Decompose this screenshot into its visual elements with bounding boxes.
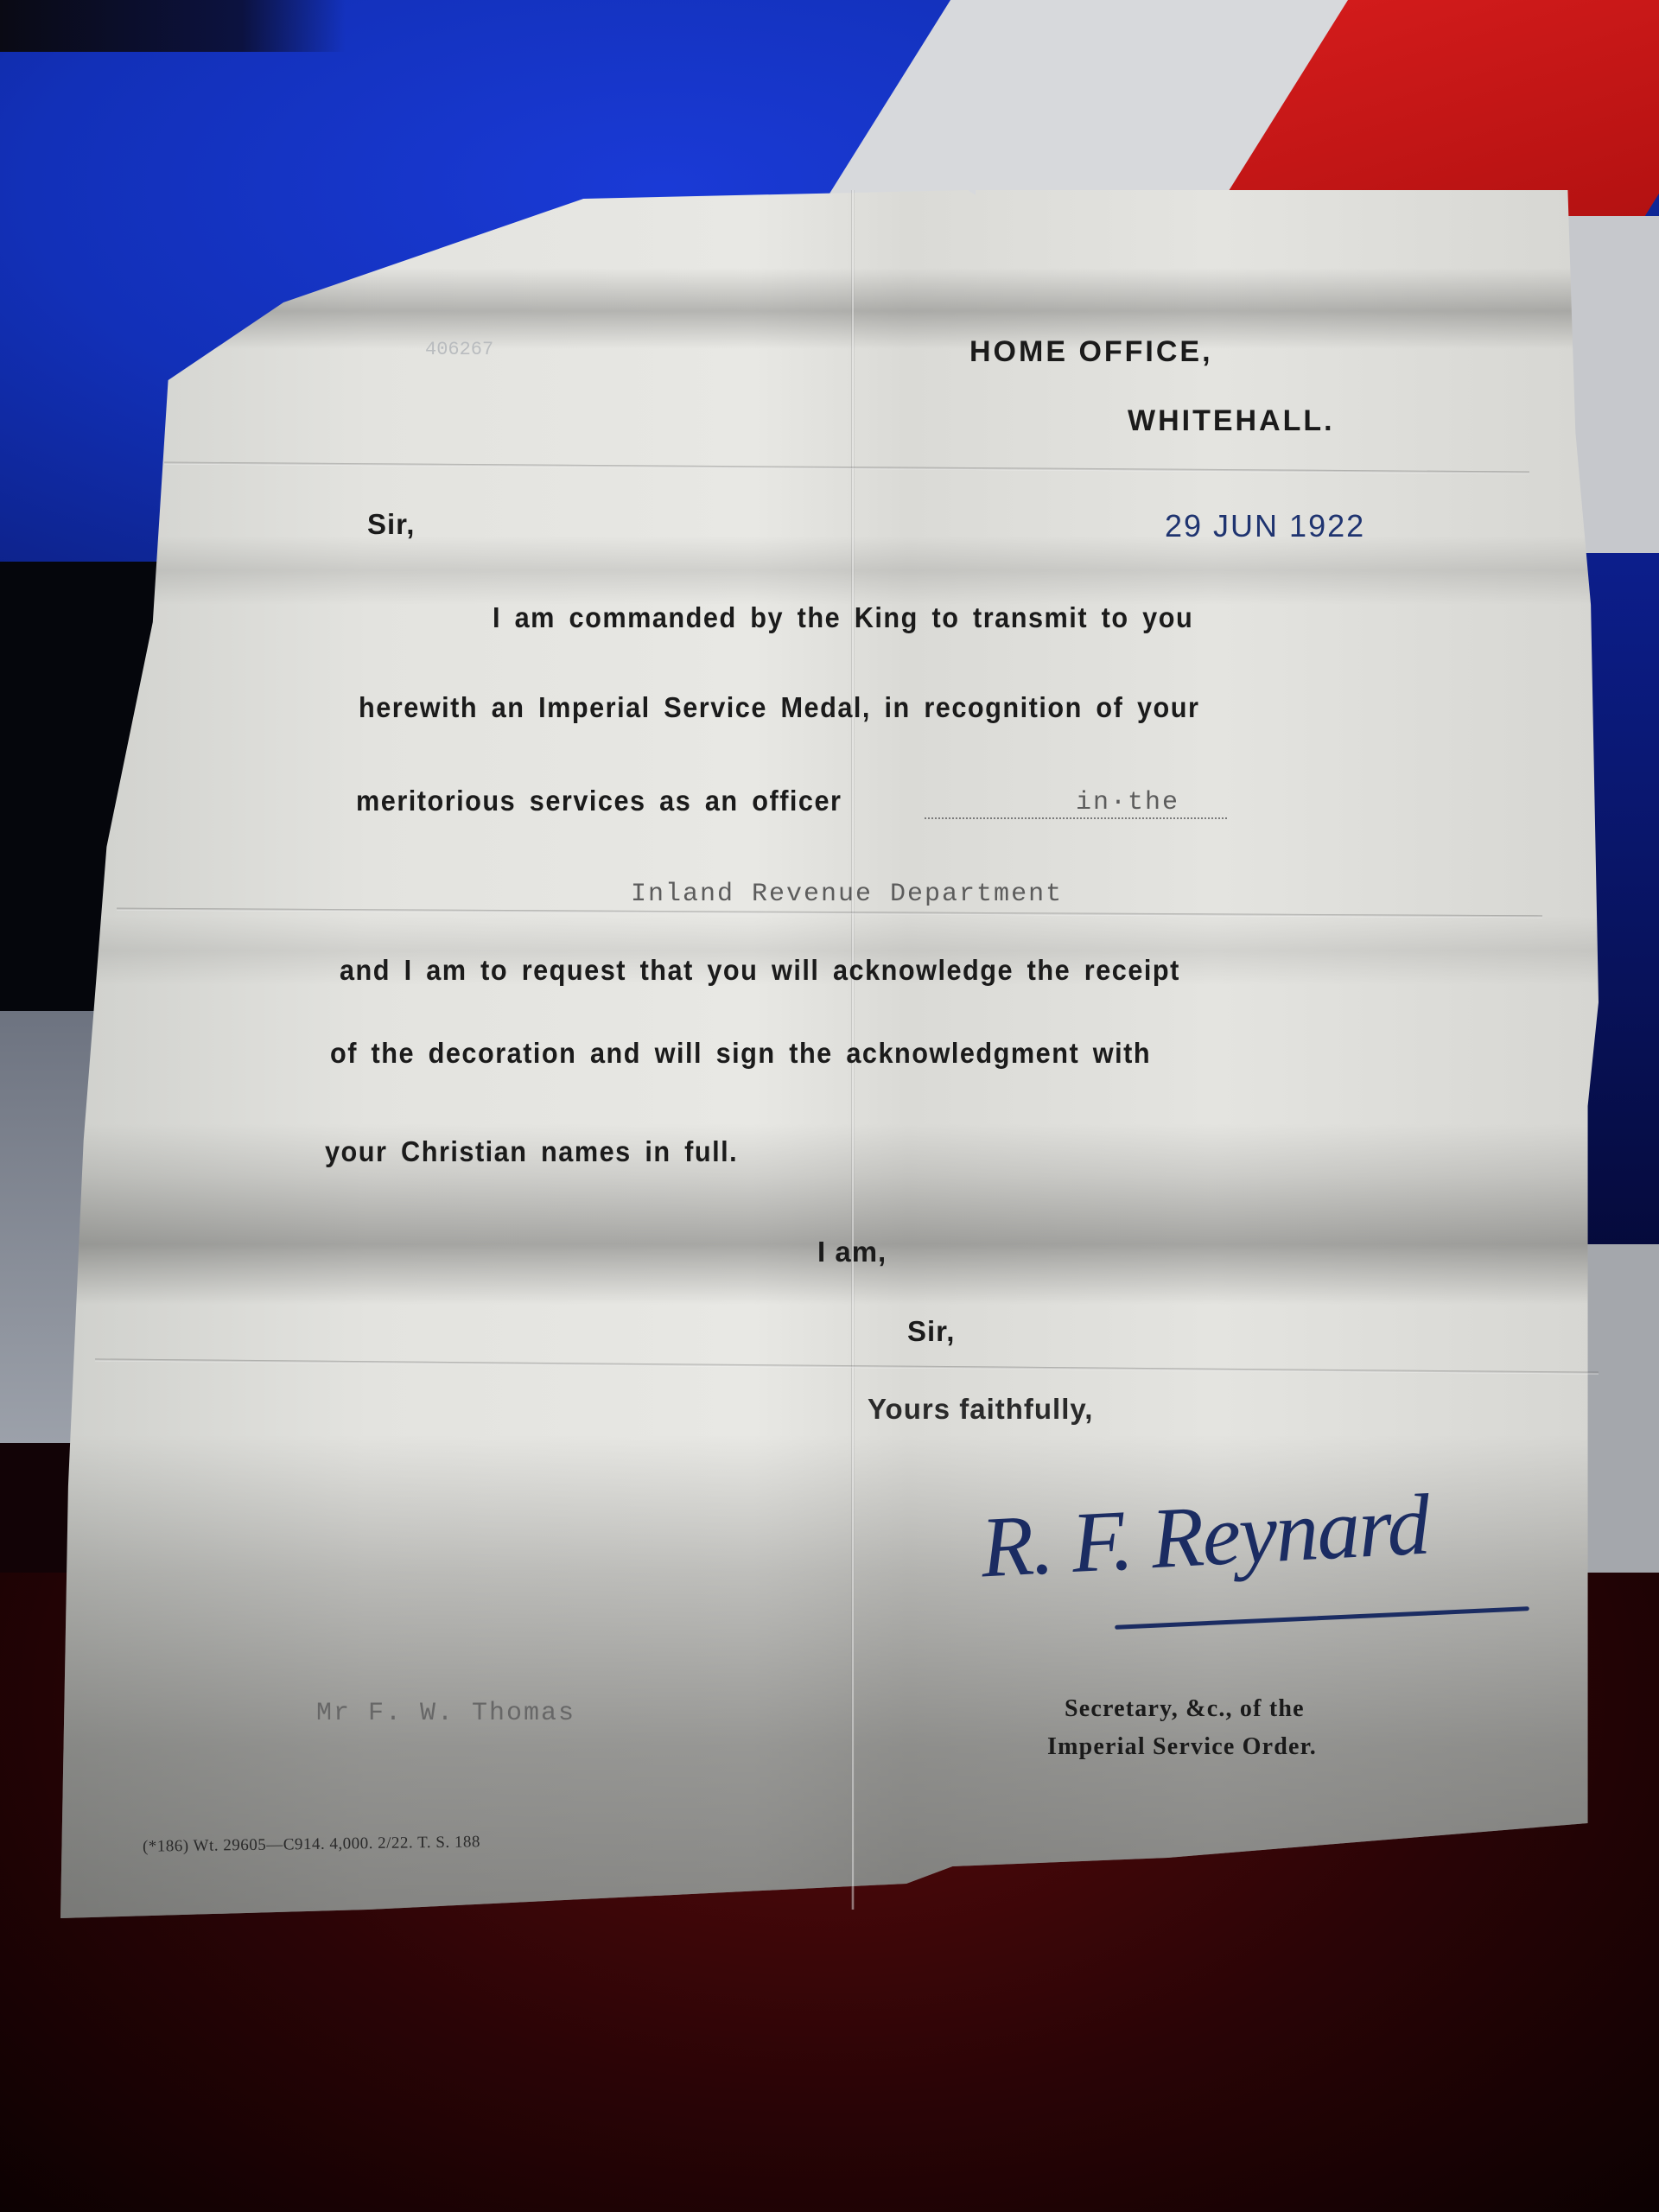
typed-insert-in-the: in·the <box>1076 788 1179 817</box>
body-line-6: your Christian names in full. <box>325 1135 738 1168</box>
recipient-name: Mr F. W. Thomas <box>316 1699 575 1728</box>
date-stamp: 29 JUN 1922 <box>1165 508 1365 544</box>
letterhead-whitehall: WHITEHALL. <box>1128 404 1335 438</box>
letterhead-home-office: HOME OFFICE, <box>969 335 1213 369</box>
salutation: Sir, <box>367 508 415 541</box>
body-line-1: I am commanded by the King to transmit t… <box>493 601 1193 634</box>
flag-shadow <box>0 0 346 52</box>
reference-number: 406267 <box>425 339 493 360</box>
closing-sir: Sir, <box>907 1315 955 1348</box>
body-line-3: meritorious services as an officer <box>356 785 842 817</box>
signatory-title-line-1: Secretary, &c., of the <box>1065 1695 1305 1723</box>
closing-i-am: I am, <box>817 1236 887 1268</box>
body-line-5: of the decoration and will sign the ackn… <box>330 1037 1151 1070</box>
body-line-4: and I am to request that you will acknow… <box>340 954 1180 987</box>
fill-in-rule <box>925 817 1227 819</box>
signatory-title-line-2: Imperial Service Order. <box>1047 1733 1317 1761</box>
body-line-2: herewith an Imperial Service Medal, in r… <box>359 691 1199 724</box>
closing-yours-faithfully: Yours faithfully, <box>868 1393 1093 1426</box>
typed-department: Inland Revenue Department <box>631 880 1063 909</box>
